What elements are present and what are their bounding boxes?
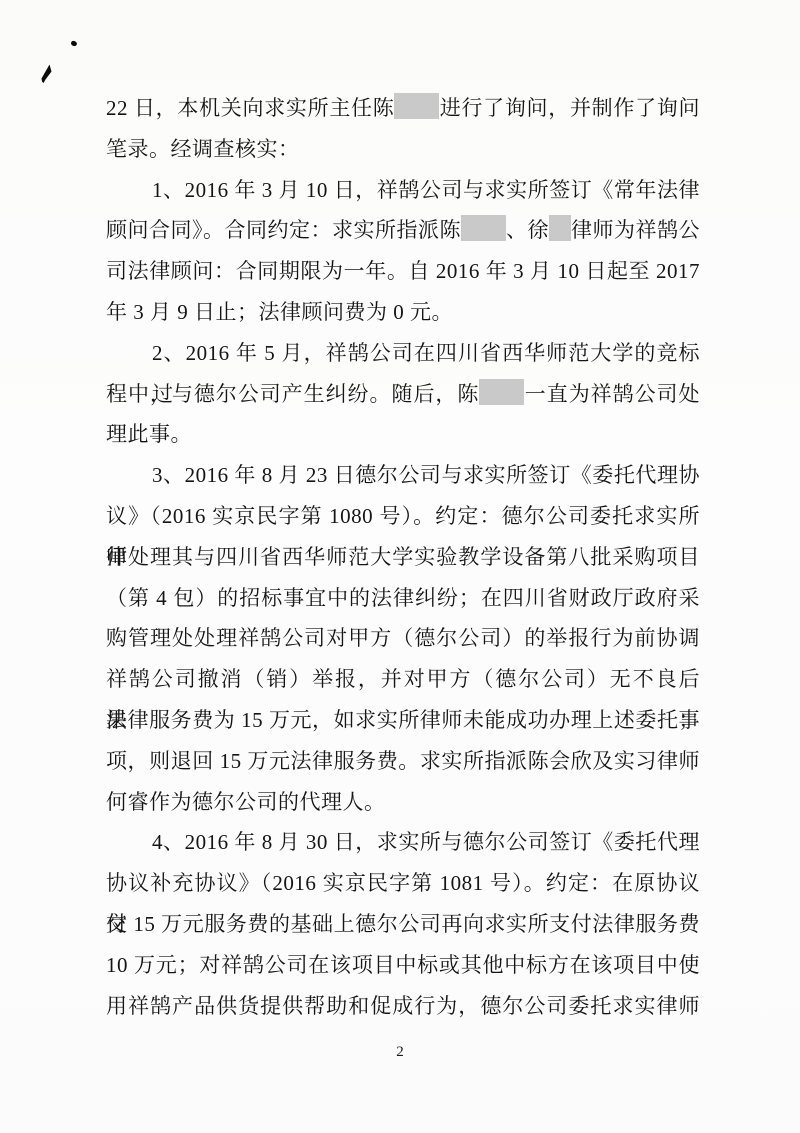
scanned-document-page: 22 日，本机关向求实所主任陈进行了询问，并制作了询问笔录。经调查核实：1、20… <box>0 0 800 1133</box>
line-text: 付 15 万元服务费的基础上德尔公司再向求实所支付法律服务费 <box>106 912 700 936</box>
line-text: 进行了询问，并制作了询问 <box>439 96 700 120</box>
document-line: 理此事。 <box>106 414 700 455</box>
page-number: 2 <box>0 1044 800 1061</box>
document-line: 师处理其与四川省西华师范大学实验教学设备第八批采购项目 <box>106 537 700 578</box>
document-line: 4、2016 年 8 月 30 日，求实所与德尔公司签订《委托代理 <box>106 822 700 863</box>
line-text: 10 万元；对祥鹄公司在该项目中标或其他中标方在该项目中使 <box>106 953 700 977</box>
line-text: 1、2016 年 3 月 10 日，祥鹄公司与求实所签订《常年法律 <box>152 178 700 202</box>
line-text: 22 日，本机关向求实所主任陈 <box>106 96 394 120</box>
document-line: 笔录。经调查核实： <box>106 129 700 170</box>
line-text: 3、2016 年 8 月 23 日德尔公司与求实所签订《委托代理协 <box>152 463 700 487</box>
line-text: 顾问合同》。合同约定：求实所指派陈 <box>106 218 461 242</box>
document-line: 协议补充协议》（2016 实京民字第 1081 号）。约定：在原协议交 <box>106 863 700 904</box>
redaction-box <box>461 215 506 241</box>
line-text: 年 3 月 9 日止；法律顾问费为 0 元。 <box>106 300 453 324</box>
line-text: 、徐 <box>506 218 549 242</box>
document-line: 2、2016 年 5 月，祥鹄公司在四川省西华师范大学的竞标过 <box>106 333 700 374</box>
line-text: 司法律顾问：合同期限为一年。自 2016 年 3 月 10 日起至 2017 <box>106 259 700 283</box>
line-text: 何睿作为德尔公司的代理人。 <box>106 790 386 814</box>
line-text: 理此事。 <box>106 422 192 446</box>
line-text: 师处理其与四川省西华师范大学实验教学设备第八批采购项目 <box>106 545 700 569</box>
document-line: 1、2016 年 3 月 10 日，祥鹄公司与求实所签订《常年法律 <box>106 170 700 211</box>
line-text: 4、2016 年 8 月 30 日，求实所与德尔公司签订《委托代理 <box>152 830 700 854</box>
document-line: 付 15 万元服务费的基础上德尔公司再向求实所支付法律服务费 <box>106 904 700 945</box>
document-line: 购管理处处理祥鹄公司对甲方（德尔公司）的举报行为前协调 <box>106 618 700 659</box>
redaction-box <box>479 379 524 405</box>
document-line: 用祥鹄产品供货提供帮助和促成行为，德尔公司委托求实律师 <box>106 986 700 1027</box>
document-body: 22 日，本机关向求实所主任陈进行了询问，并制作了询问笔录。经调查核实：1、20… <box>106 88 700 1026</box>
document-line: 项，则退回 15 万元法律服务费。求实所指派陈会欣及实习律师 <box>106 741 700 782</box>
document-line: （第 4 包）的招标事宜中的法律纠纷；在四川省财政厅政府采 <box>106 578 700 619</box>
document-line: 法律服务费为 15 万元，如求实所律师未能成功办理上述委托事 <box>106 700 700 741</box>
document-line: 何睿作为德尔公司的代理人。 <box>106 782 700 823</box>
document-line: 顾问合同》。合同约定：求实所指派陈、徐律师为祥鹄公 <box>106 210 700 251</box>
line-text: 律师为祥鹄公 <box>571 218 700 242</box>
redaction-box <box>549 215 571 241</box>
document-line: 祥鹄公司撤消（销）举报，并对甲方（德尔公司）无不良后果； <box>106 659 700 700</box>
line-text: （第 4 包）的招标事宜中的法律纠纷；在四川省财政厅政府采 <box>106 586 700 610</box>
document-line: 22 日，本机关向求实所主任陈进行了询问，并制作了询问 <box>106 88 700 129</box>
document-line: 程中，与德尔公司产生纠纷。随后，陈一直为祥鹄公司处 <box>106 374 700 415</box>
document-line: 司法律顾问：合同期限为一年。自 2016 年 3 月 10 日起至 2017 <box>106 251 700 292</box>
line-text: 笔录。经调查核实： <box>106 137 300 161</box>
line-text: 用祥鹄产品供货提供帮助和促成行为，德尔公司委托求实律师 <box>106 994 700 1018</box>
document-line: 10 万元；对祥鹄公司在该项目中标或其他中标方在该项目中使 <box>106 945 700 986</box>
line-text: 项，则退回 15 万元法律服务费。求实所指派陈会欣及实习律师 <box>106 749 700 773</box>
document-line: 议》（2016 实京民字第 1080 号）。约定：德尔公司委托求实所律 <box>106 496 700 537</box>
line-text: 法律服务费为 15 万元，如求实所律师未能成功办理上述委托事 <box>106 708 700 732</box>
document-line: 3、2016 年 8 月 23 日德尔公司与求实所签订《委托代理协 <box>106 455 700 496</box>
ink-stroke-mark <box>39 63 54 84</box>
line-text: 购管理处处理祥鹄公司对甲方（德尔公司）的举报行为前协调 <box>106 626 700 650</box>
redaction-box <box>394 93 439 119</box>
line-text: 一直为祥鹄公司处 <box>524 382 700 406</box>
document-line: 年 3 月 9 日止；法律顾问费为 0 元。 <box>106 292 700 333</box>
line-text: 程中，与德尔公司产生纠纷。随后，陈 <box>106 382 479 406</box>
